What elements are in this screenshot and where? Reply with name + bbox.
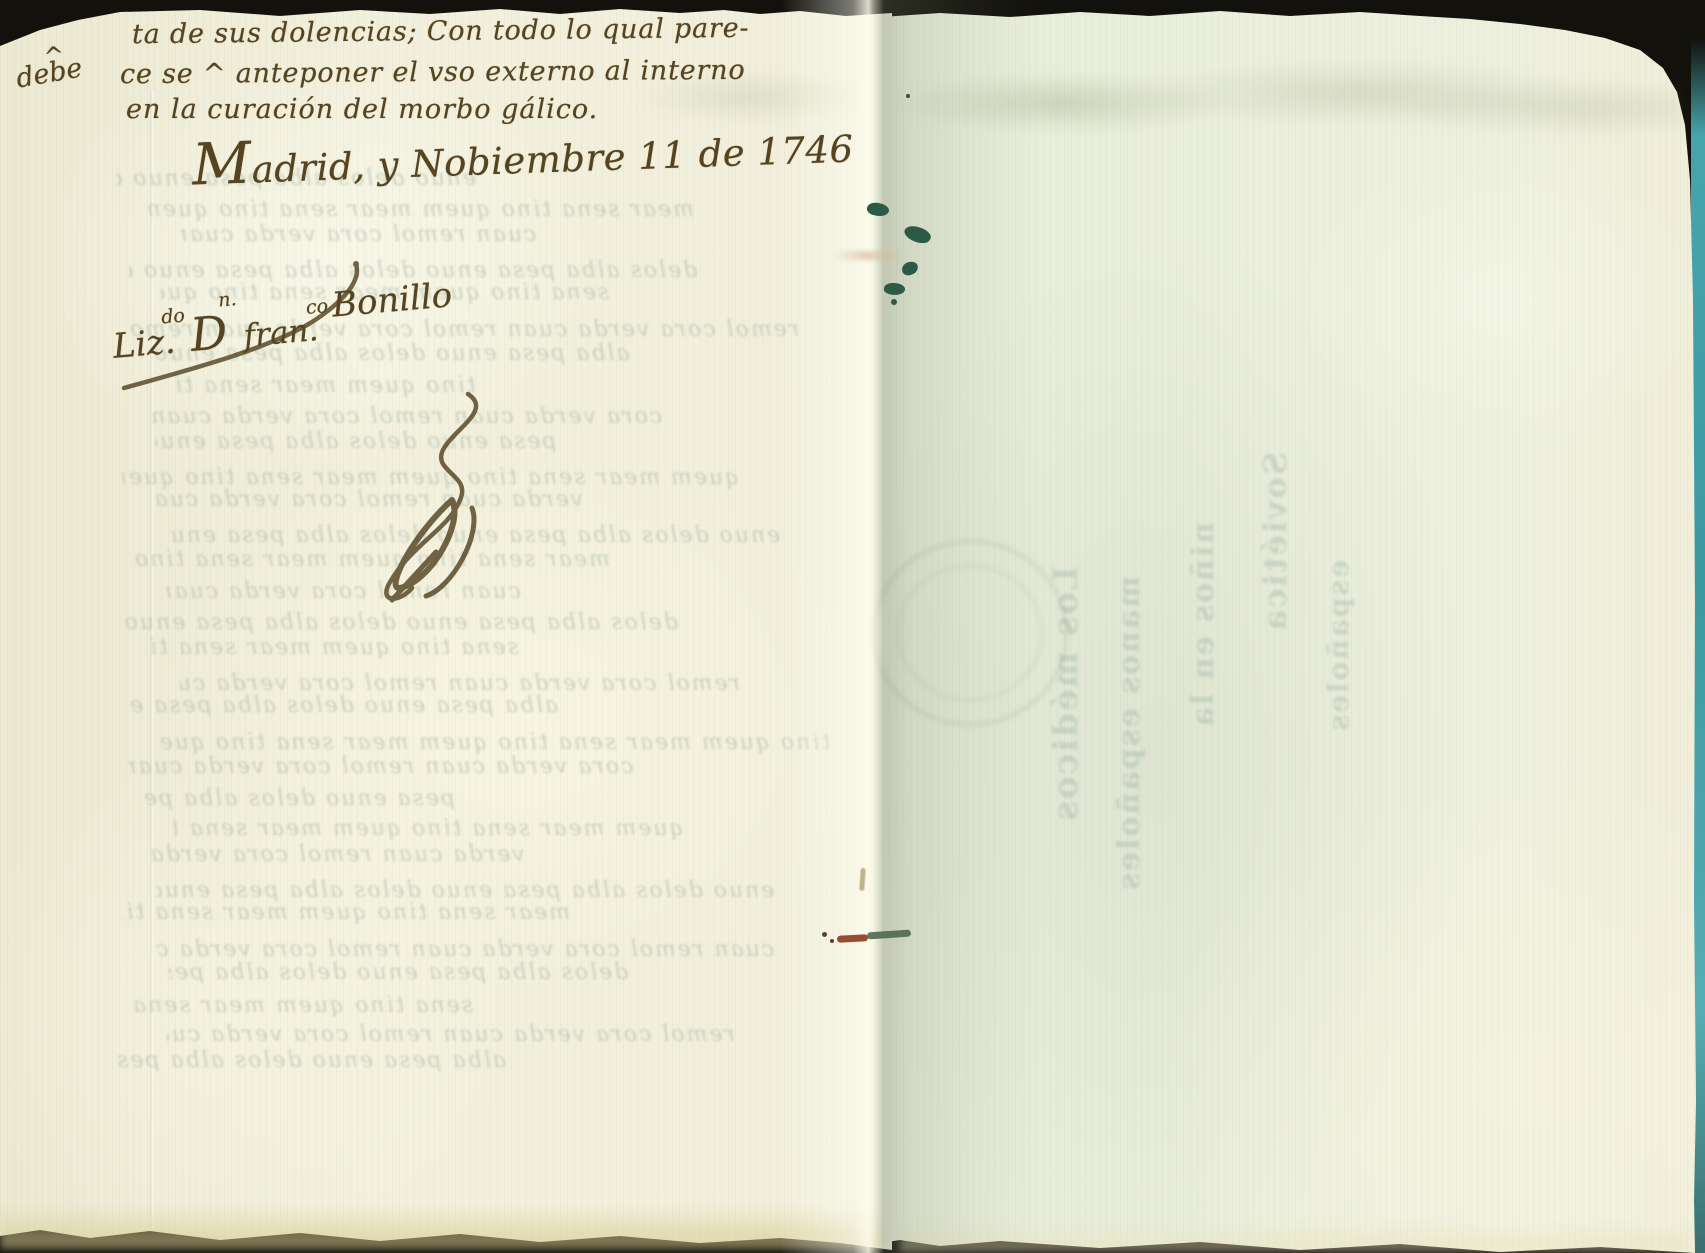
signature-superscript: n.	[217, 288, 237, 312]
signature-part: Liz.do	[111, 322, 176, 367]
bleedthrough-handwriting-line: alba pesa enuo delos alba pesa enuo delo…	[116, 1048, 506, 1073]
green-ink-blot	[891, 299, 897, 305]
bleedthrough-handwriting-line: remol cora verda cuan remol cora verda c…	[167, 1022, 735, 1047]
body-line-1: ta de sus dolencias; Con todo lo qual pa…	[132, 13, 750, 50]
ink-speck	[822, 932, 827, 937]
bleedthrough-handwriting-line: cora verda cuan remol cora verda cuan re…	[128, 754, 633, 779]
bleedthrough-handwriting-line: cuan remol cora verda cuan remol cora ve…	[154, 937, 774, 962]
green-ink-stroke	[867, 929, 911, 939]
pink-smear	[833, 251, 901, 260]
signature-text: D	[188, 305, 229, 362]
bleedthrough-handwriting-line: delos alba pesa enuo delos alba pesa enu…	[116, 610, 678, 635]
bleedthrough-handwriting-line: cuan remol cora verda cuan remol cora ve…	[180, 222, 536, 247]
red-green-ink-mark	[820, 928, 920, 946]
bleedthrough-handwriting-line: mear sena tino quem mear sena tino quem …	[122, 900, 570, 925]
bleedthrough-handwriting-line: mear sena tino quem mear sena tino quem …	[148, 197, 694, 222]
blind-seal-impression	[872, 540, 1068, 726]
signature-superscript: co	[305, 295, 329, 319]
showthrough-text-column: españoles	[1322, 560, 1355, 733]
signature-text: Liz.	[111, 322, 176, 367]
bleedthrough-handwriting-line: verda cuan remol cora verda cuan remol c…	[141, 842, 525, 867]
bleedthrough-handwriting-line: quem mear sena tino quem mear sena tino …	[174, 816, 684, 841]
dark-speck	[906, 94, 910, 98]
signature-superscript: do	[160, 305, 185, 329]
red-ink-stroke	[837, 934, 868, 943]
showthrough-text-column: niños en la	[1186, 522, 1221, 729]
bleedthrough-handwriting-line: delos alba pesa enuo delos alba pesa enu…	[168, 960, 628, 985]
signature-part: fran.co	[242, 312, 319, 354]
ink-speck	[830, 939, 834, 943]
bleedthrough-handwriting-line: alba pesa enuo delos alba pesa enuo delo…	[129, 693, 558, 718]
manuscript-scan: enuo delos alba pesa enuo delos alba pes…	[0, 0, 1705, 1253]
body-line-2: ce se ^ anteponer el vso externo al inte…	[120, 55, 746, 90]
bleedthrough-handwriting-line: sena tino quem mear sena tino quem mear	[135, 993, 473, 1018]
bleedthrough-handwriting-line: tino quem mear sena tino quem mear sena …	[161, 730, 830, 755]
showthrough-text-column: Soviética	[1256, 452, 1294, 633]
bleedthrough-handwriting-line: sena tino quem mear sena tino quem mear …	[148, 635, 519, 660]
bleedthrough-handwriting-line: pesa enuo delos alba pesa enuo delos	[142, 786, 455, 811]
showthrough-text-column: manos españoles	[1112, 576, 1147, 892]
signature-part: Dn.	[188, 305, 229, 362]
